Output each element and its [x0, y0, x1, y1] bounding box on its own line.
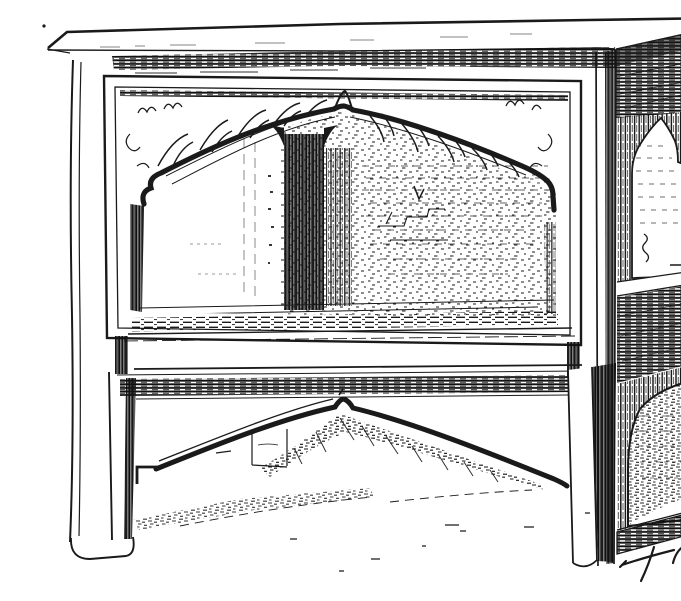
interior-pillar	[284, 134, 324, 310]
under-arch-shadow	[133, 414, 545, 530]
side-lower-arch-opening	[617, 357, 681, 531]
front-left-foot	[71, 537, 134, 559]
side-upper-arch-opening	[617, 109, 681, 282]
engraving-canvas	[40, 16, 681, 585]
furniture-engraving: Pen-and-ink engraving of a carved oak tw…	[40, 16, 681, 585]
upper-shelf-unit	[104, 76, 581, 378]
lower-left-stile	[109, 372, 136, 540]
front-right-leg	[568, 367, 598, 566]
side-panel	[616, 19, 681, 554]
lower-top-rail	[117, 365, 582, 399]
side-middle-rail	[617, 280, 681, 383]
lower-stand	[109, 363, 616, 566]
